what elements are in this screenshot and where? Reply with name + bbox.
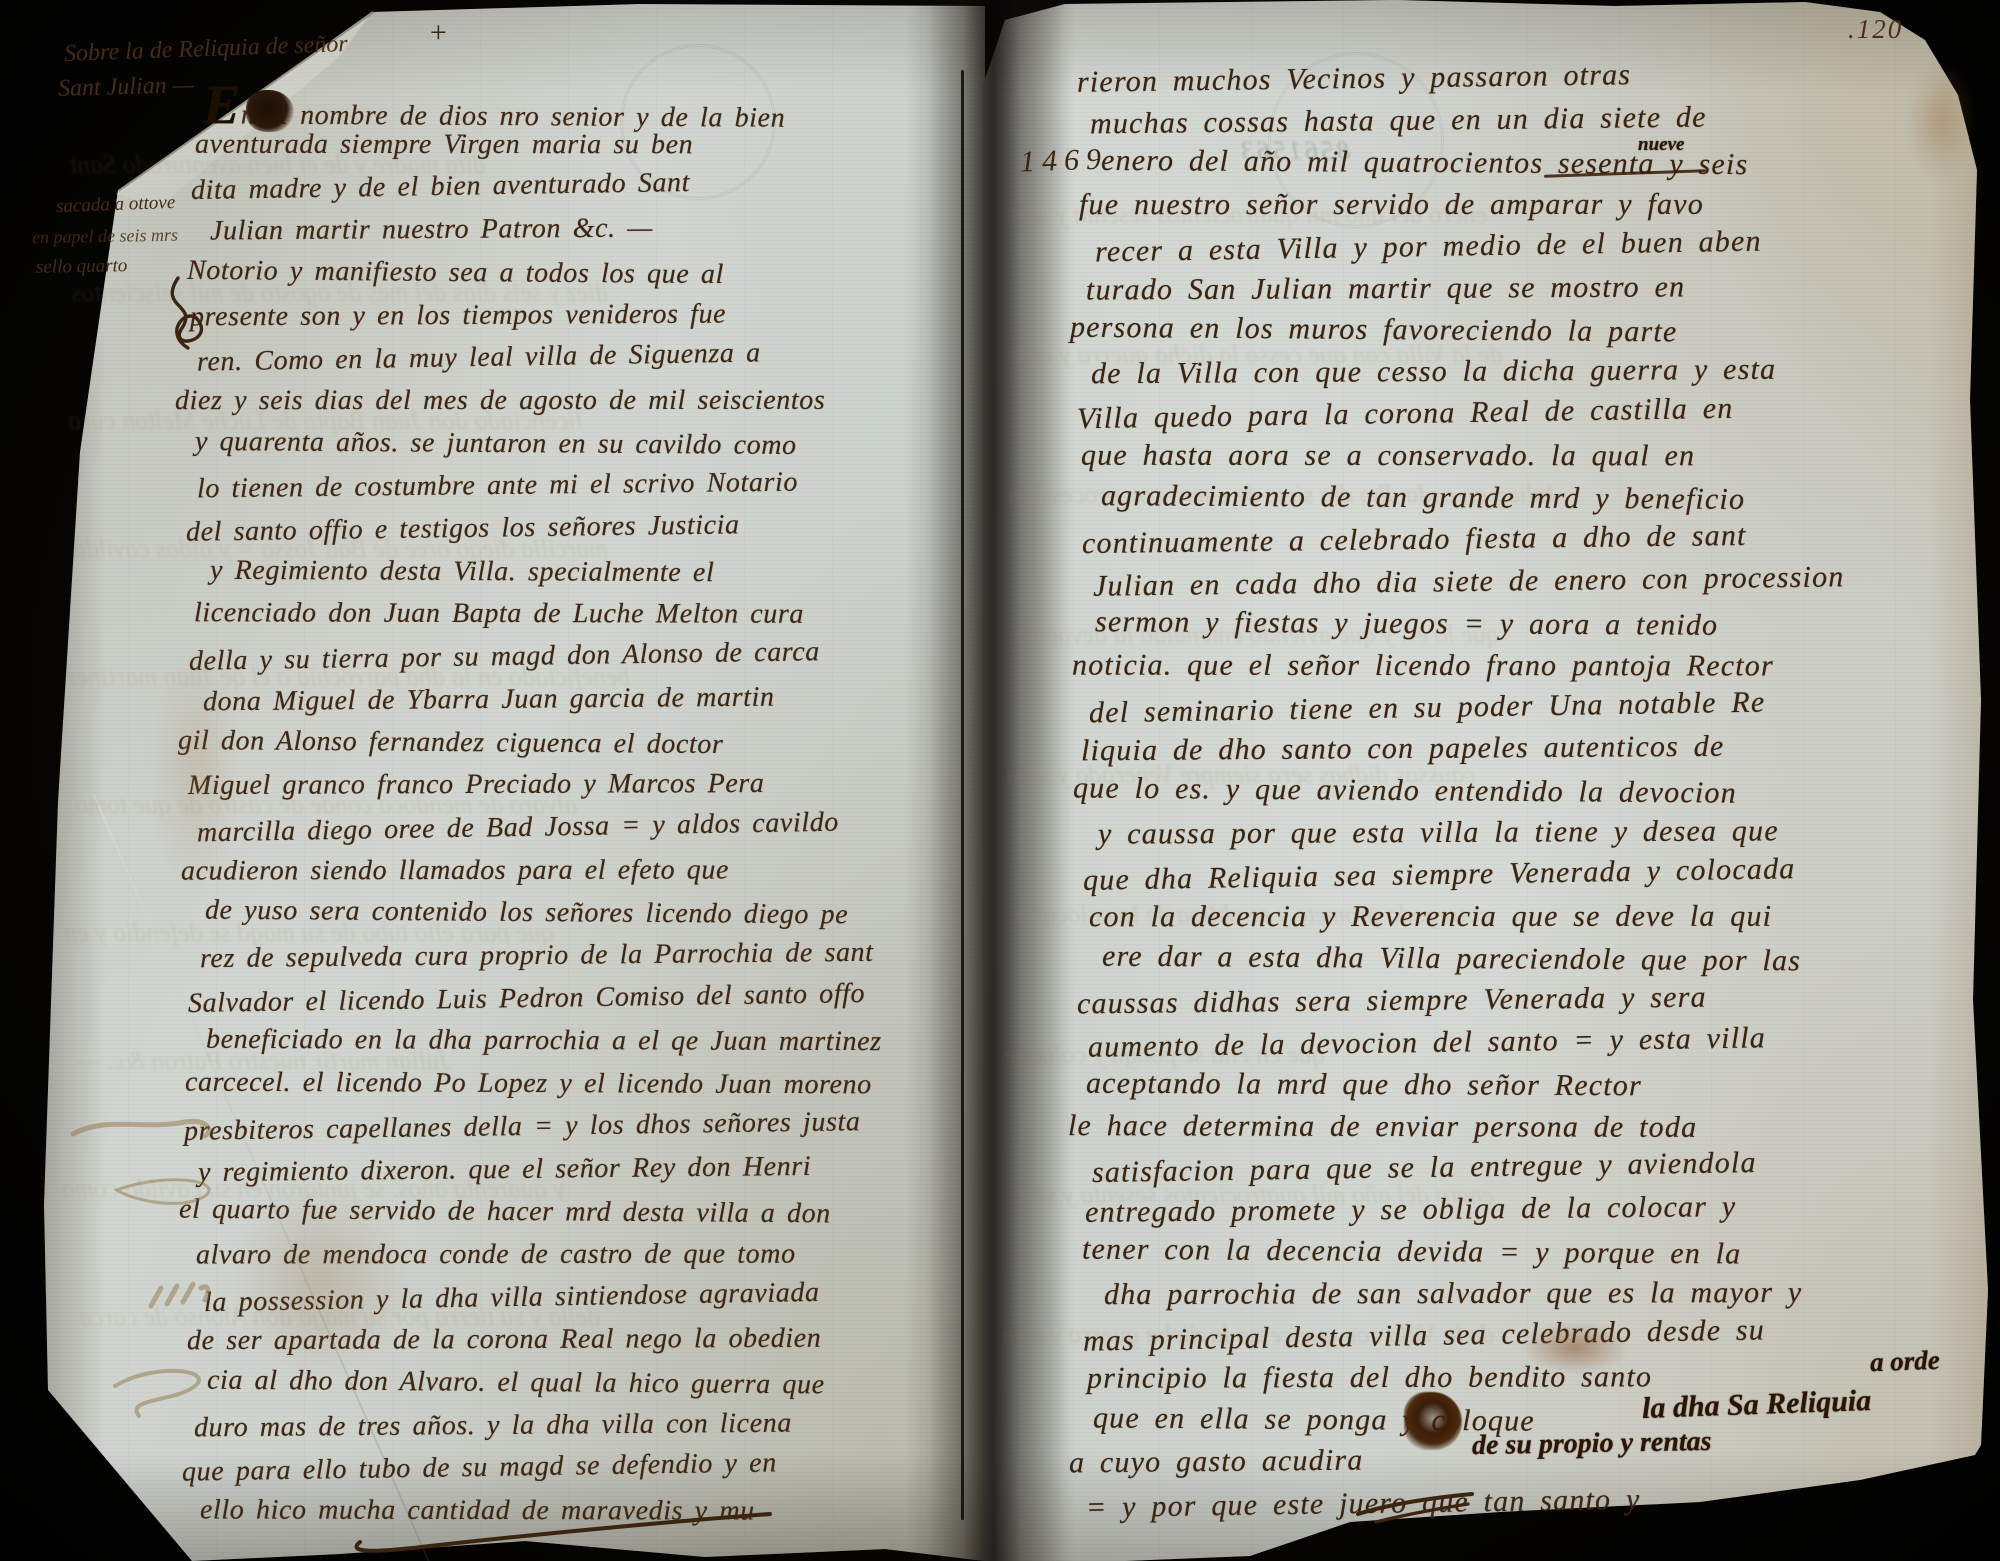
manuscript-line: que hasta aora se a conservado. la qual … bbox=[1081, 439, 1695, 474]
notary-margin-note: sacada a ottove bbox=[56, 192, 176, 218]
manuscript-line: que en ella se ponga y coloque bbox=[1093, 1401, 1535, 1438]
manuscript-line: entregado promete y se obliga de la colo… bbox=[1085, 1190, 1737, 1230]
ink-correction: nueve bbox=[1638, 134, 1684, 156]
manuscript-line: turado San Julian martir que se mostro e… bbox=[1086, 270, 1685, 307]
notary-rubric-flourish bbox=[118, 268, 248, 358]
manuscript-line: mas principal desta villa sea celebrado … bbox=[1083, 1313, 1765, 1358]
manuscript-line: continuamente a celebrado fiesta a dho d… bbox=[1081, 519, 1746, 561]
manuscript-line: tener con la decencia devida = y porque … bbox=[1082, 1233, 1742, 1272]
notary-margin-note: en papel de seis mrs bbox=[32, 225, 178, 249]
manuscript-line: fue nuestro señor servido de amparar y f… bbox=[1079, 188, 1704, 222]
title-margin-note: Sant Julian — bbox=[58, 72, 195, 103]
marginal-year: 1469 bbox=[1019, 142, 1108, 179]
manuscript-line: persona en los muros favoreciendo la par… bbox=[1070, 311, 1678, 350]
manuscript-line: ere dar a esta dha Villa pareciendole qu… bbox=[1102, 940, 1801, 979]
manuscript-line: del seminario tiene en su poder Una nota… bbox=[1089, 685, 1766, 730]
cross-mark: + bbox=[428, 16, 448, 50]
manuscript-line: dha parrochia de san salvador que es la … bbox=[1104, 1276, 1802, 1312]
manuscript-line: con la decencia y Reverencia que se deve… bbox=[1089, 900, 1772, 935]
manuscript-line: de la Villa con que cesso la dicha guerr… bbox=[1091, 353, 1776, 392]
manuscript-line: Julian en cada dho dia siete de enero co… bbox=[1093, 560, 1845, 603]
manuscript-line: sermon y fiestas y juegos = y aora a ten… bbox=[1095, 605, 1718, 643]
faded-marginalia bbox=[55, 1110, 315, 1440]
manuscript-line: a cuyo gasto acudira bbox=[1069, 1443, 1364, 1480]
manuscript-line: que dha Reliquia sea siempre Venerada y … bbox=[1083, 852, 1796, 898]
manuscript-line: principio la fiesta del dho bendito sant… bbox=[1086, 1360, 1651, 1395]
manuscript-line: que lo es. y que aviendo entendido la de… bbox=[1073, 772, 1737, 811]
manuscript-line: caussas didhas sera siempre Venerada y s… bbox=[1076, 980, 1706, 1021]
ink-addition: de su propio y rentas bbox=[1472, 1426, 1712, 1462]
manuscript-line: muchas cossas hasta que en un dia siete … bbox=[1090, 100, 1707, 141]
manuscript-scan: 8561563 dita madre y de el bien aventura… bbox=[0, 0, 2000, 1561]
manuscript-line: le hace determina de enviar persona de t… bbox=[1068, 1109, 1697, 1145]
manuscript-line: recer a esta Villa y por medio de el bue… bbox=[1095, 224, 1762, 269]
manuscript-line: aumento de la devocion del santo = y est… bbox=[1088, 1021, 1766, 1064]
folio-number: .120 bbox=[1848, 14, 1903, 45]
manuscript-line: aceptando la mrd que dho señor Rector bbox=[1086, 1066, 1642, 1103]
manuscript-line: liquia de dho santo con papeles autentic… bbox=[1080, 730, 1724, 768]
manuscript-line: satisfacion para que se la entregue y av… bbox=[1092, 1146, 1757, 1190]
manuscript-line: agradecimiento de tan grande mrd y benef… bbox=[1101, 479, 1745, 517]
manuscript-line: Villa quedo para la corona Real de casti… bbox=[1077, 392, 1734, 436]
end-flourish-right bbox=[1350, 1488, 1480, 1528]
end-flourish-left bbox=[340, 1502, 790, 1557]
notary-margin-note: sello quarto bbox=[36, 255, 128, 279]
manuscript-line: noticia. que el señor licendo frano pant… bbox=[1072, 648, 1774, 683]
manuscript-line: y caussa por que esta villa la tiene y d… bbox=[1098, 815, 1779, 852]
manuscript-line: rieron muchos Vecinos y passaron otras bbox=[1077, 58, 1632, 100]
ink-addition: a orde bbox=[1869, 1345, 1940, 1378]
